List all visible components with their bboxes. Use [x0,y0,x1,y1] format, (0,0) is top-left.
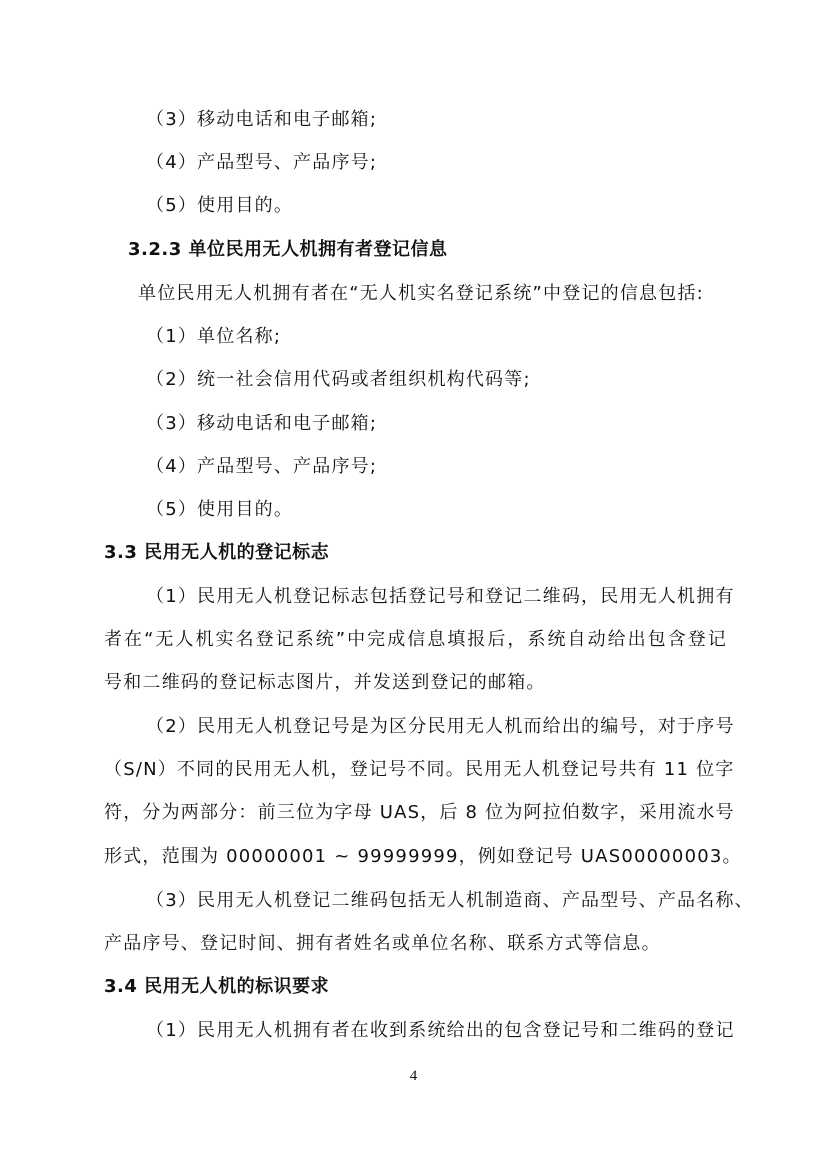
list-item-mobile-email: （3）移动电话和电子邮箱; [146,412,377,436]
list-item-credit-code: （2）统一社会信用代码或者组织机构代码等; [146,368,531,392]
list-item-product-model: （4）产品型号、产品序号; [146,151,377,175]
list-item-purpose: （5）使用目的。 [146,194,293,218]
list-item-unit-name: （1）单位名称; [146,325,281,349]
section-heading-3-4: 3.4 民用无人机的标识要求 [104,975,329,999]
intro-paragraph: 单位民用无人机拥有者在“无人机实名登记系统”中登记的信息包括: [138,282,704,306]
paragraph-line: （1）民用无人机登记标志包括登记号和登记二维码，民用无人机拥有 [146,585,727,609]
paragraph-line: 产品序号、登记时间、拥有者姓名或单位名称、联系方式等信息。 [104,932,661,956]
document-page: （3）移动电话和电子邮箱; （4）产品型号、产品序号; （5）使用目的。 3.2… [0,0,827,1169]
paragraph-line: （3）民用无人机登记二维码包括无人机制造商、产品型号、产品名称、 [146,889,727,913]
list-item-mobile-email: （3）移动电话和电子邮箱; [146,108,377,132]
paragraph-line: 形式，范围为 00000001 ~ 99999999，例如登记号 UAS0000… [104,845,742,869]
paragraph-line: 者在“无人机实名登记系统”中完成信息填报后，系统自动给出包含登记 [104,628,727,652]
paragraph-line: （S/N）不同的民用无人机，登记号不同。民用无人机登记号共有 11 位字 [104,758,727,782]
paragraph-line: （2）民用无人机登记号是为区分民用无人机而给出的编号，对于序号 [146,715,727,739]
paragraph-line: 号和二维码的登记标志图片，并发送到登记的邮箱。 [104,671,546,695]
page-number: 4 [0,1068,827,1085]
paragraph-line: （1）民用无人机拥有者在收到系统给出的包含登记号和二维码的登记 [146,1019,727,1043]
paragraph-line: 符，分为两部分：前三位为字母 UAS，后 8 位为阿拉伯数字，采用流水号 [104,801,727,825]
section-heading-3-3: 3.3 民用无人机的登记标志 [104,541,329,565]
list-item-purpose: （5）使用目的。 [146,498,293,522]
section-heading-3-2-3: 3.2.3 单位民用无人机拥有者登记信息 [128,238,448,262]
list-item-product-model: （4）产品型号、产品序号; [146,455,377,479]
